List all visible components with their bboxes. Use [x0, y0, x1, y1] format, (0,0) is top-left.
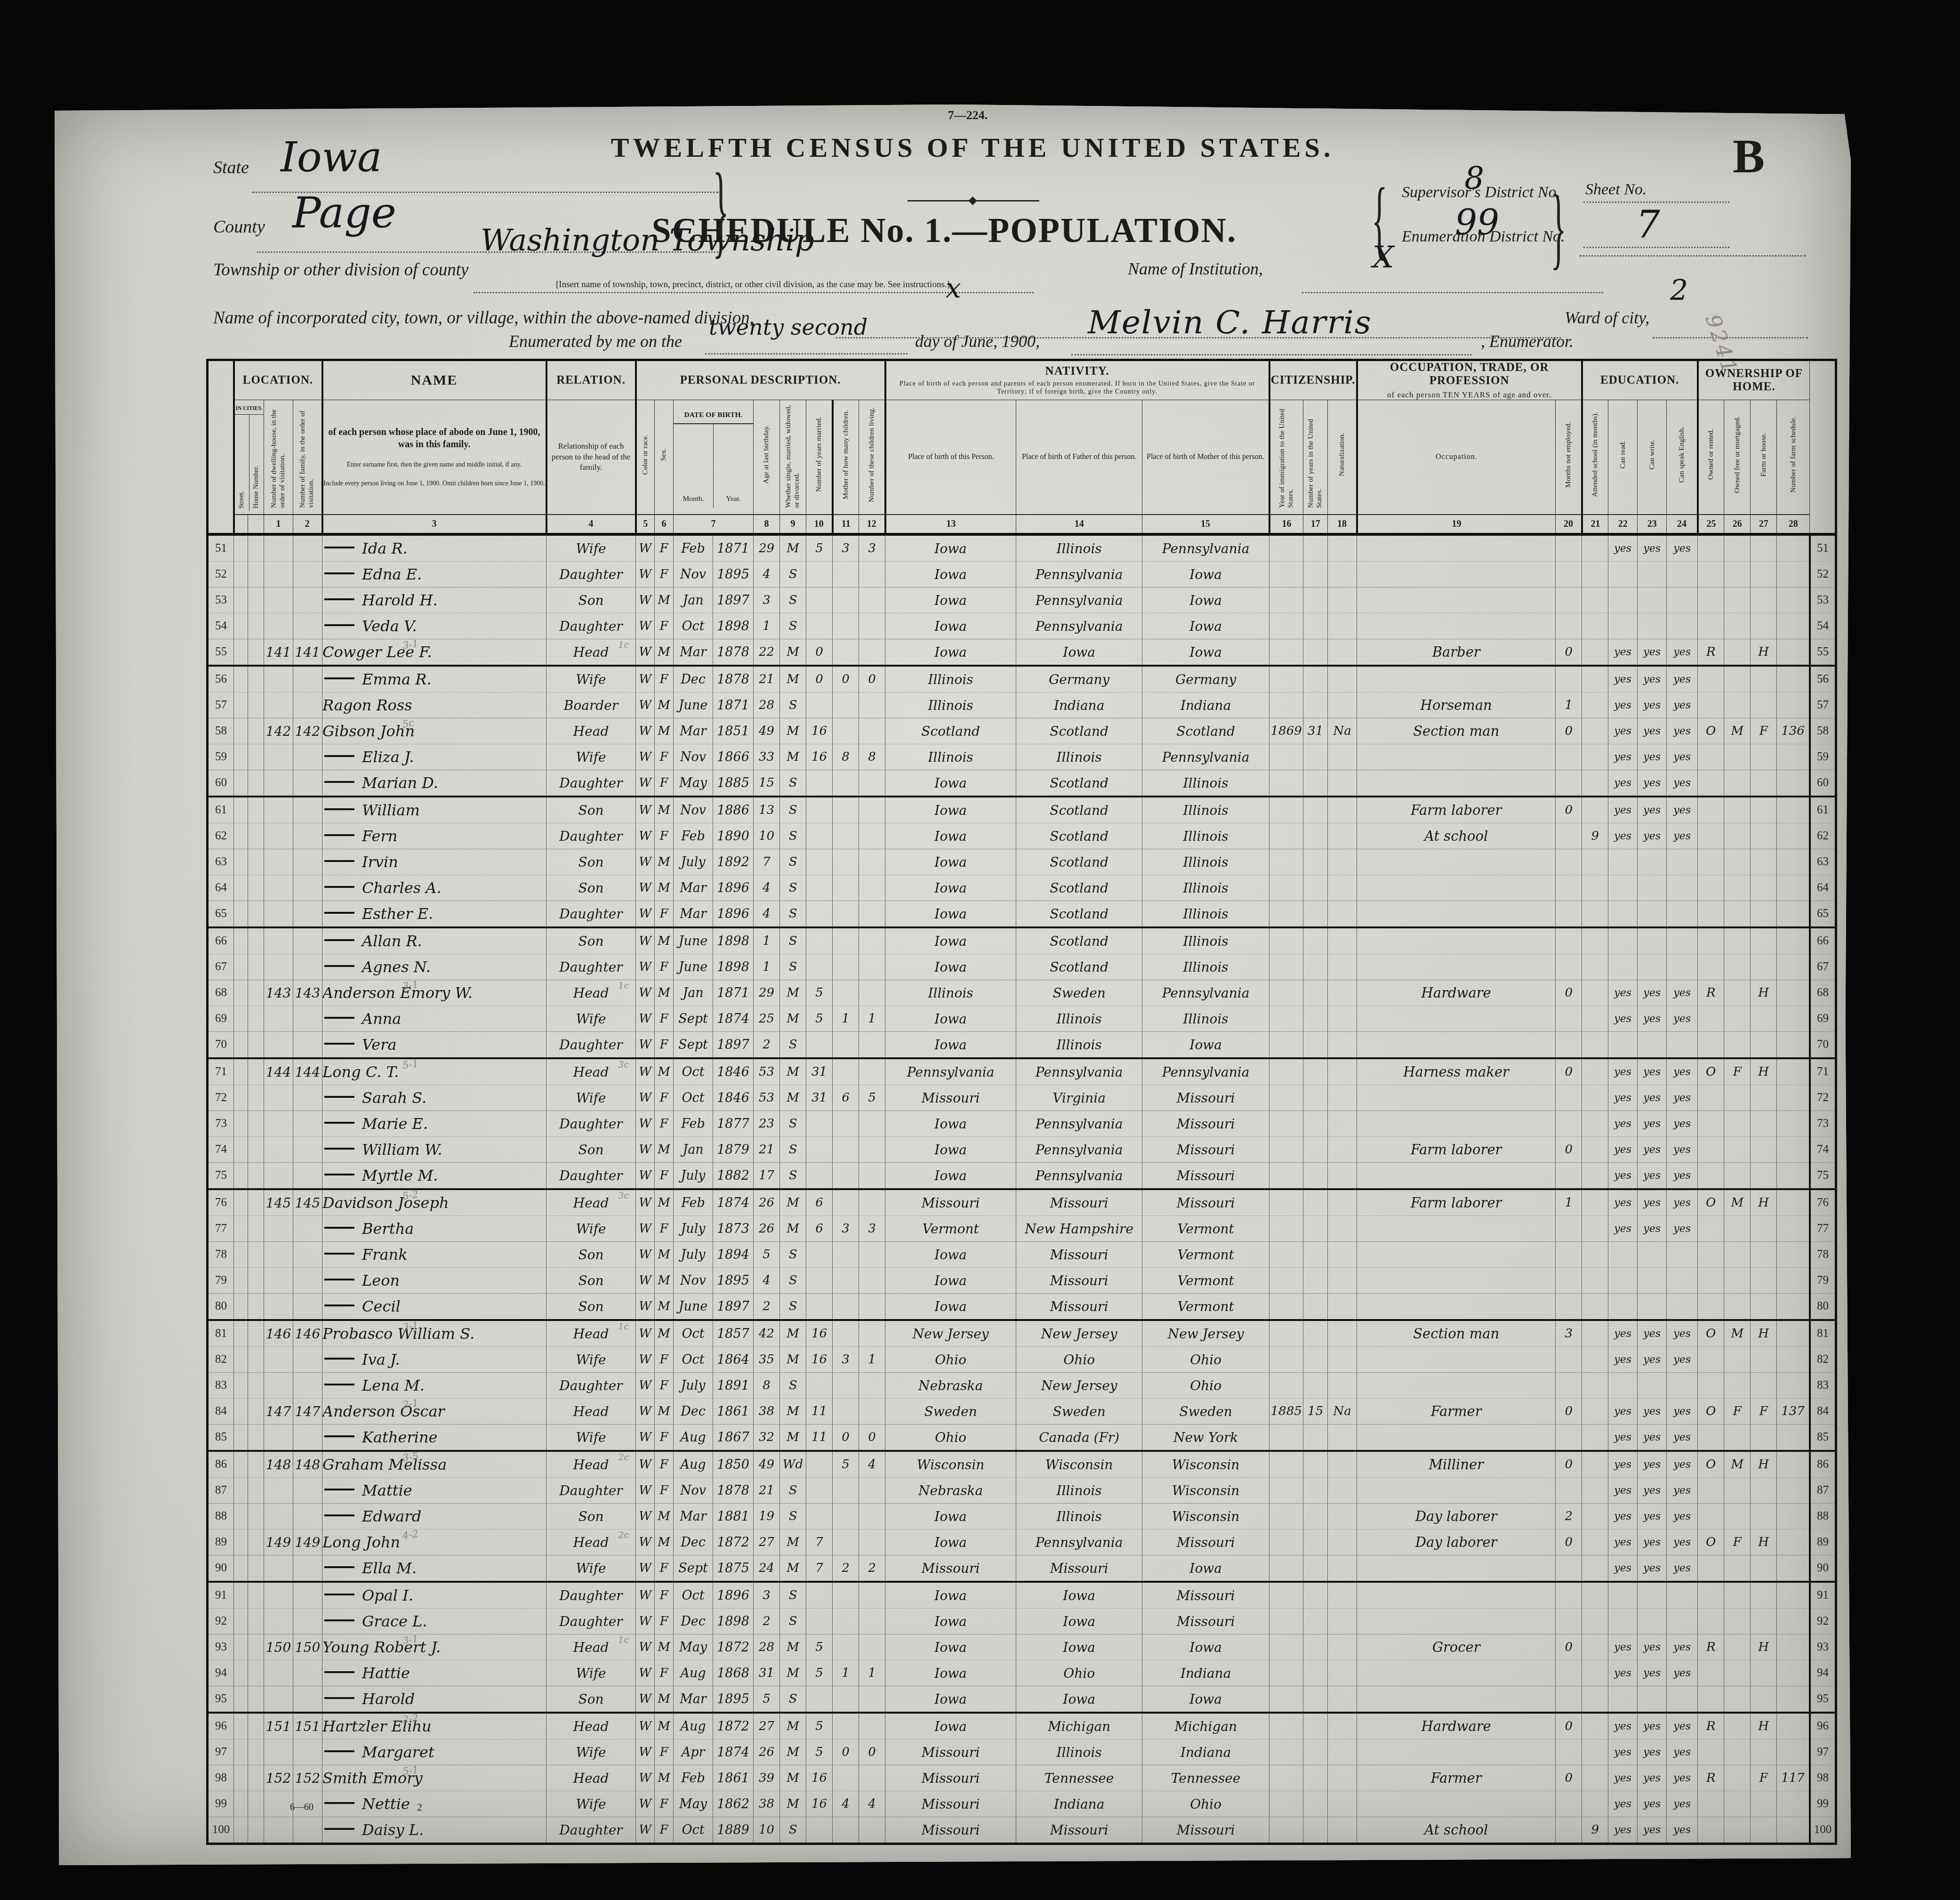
- cell-birth-year: 1898: [713, 954, 754, 980]
- cell-farm-schedule: [1777, 1111, 1810, 1137]
- institution-label: Name of Institution,: [1128, 259, 1263, 279]
- cell-mother-birthplace: Vermont: [1142, 1216, 1269, 1242]
- cell-family-number: [293, 1373, 322, 1399]
- cell-birthplace: Missouri: [885, 1817, 1016, 1844]
- cell-years-in-us: [1303, 613, 1328, 639]
- cell-relation: Daughter: [546, 770, 636, 797]
- cell-age: 19: [754, 1504, 780, 1530]
- cell-owned-rented: O: [1698, 1399, 1724, 1425]
- table-row: 961511512-2Hartzler ElihuHeadWMAug187227…: [208, 1713, 1836, 1739]
- cell-owned-rented: [1698, 666, 1724, 692]
- cell-years-in-us: [1303, 1085, 1328, 1111]
- cell-years-in-us: [1303, 1686, 1328, 1713]
- cell-farm-schedule: [1777, 823, 1810, 849]
- ward-value: 2: [1670, 274, 1688, 307]
- header-dwelling: Number of dwelling-house, in the order o…: [264, 400, 293, 515]
- cell-years-in-us: [1303, 1373, 1328, 1399]
- cell-birth-year: 1896: [713, 901, 754, 928]
- ditto-dash: [324, 1514, 354, 1516]
- cell-occupation: [1357, 562, 1556, 588]
- header-children-living: Number of these children living.: [859, 400, 885, 515]
- line-number: 67: [1810, 954, 1836, 980]
- ditto-dash: [324, 939, 354, 941]
- cell-street: [234, 1399, 248, 1425]
- cell-sex: M: [655, 1189, 674, 1216]
- cell-occupation: [1357, 1111, 1556, 1137]
- cell-years-married: 5: [806, 1006, 833, 1032]
- ward-label: Ward of city,: [1565, 308, 1649, 328]
- cell-occupation: Section man: [1357, 718, 1556, 744]
- column-number: 27: [1751, 515, 1777, 534]
- cell-occupation: [1357, 534, 1556, 562]
- cell-free-mortgaged: [1724, 849, 1751, 875]
- cell-birth-year: 1868: [713, 1660, 754, 1686]
- cell-sex: M: [655, 1765, 674, 1791]
- cell-mother-of-children: [833, 1032, 859, 1059]
- cell-immigration-year: [1269, 823, 1303, 849]
- line-number: 63: [1810, 849, 1836, 875]
- cell-relation: Son: [546, 927, 636, 954]
- cell-family-number: [293, 588, 322, 613]
- cell-farm-schedule: [1777, 770, 1810, 797]
- cell-name: Vera: [322, 1032, 546, 1059]
- column-number: 28: [1777, 515, 1810, 534]
- cell-attended-school: [1582, 744, 1608, 770]
- line-number: 53: [208, 588, 234, 613]
- cell-immigration-year: [1269, 1634, 1303, 1660]
- cell-house-number: [248, 1634, 264, 1660]
- cell-street: [234, 1320, 248, 1347]
- line-number: 73: [208, 1111, 234, 1137]
- cell-mother-birthplace: Ohio: [1142, 1373, 1269, 1399]
- line-number: 92: [1810, 1609, 1836, 1634]
- cell-farm-house: [1751, 1137, 1777, 1163]
- cell-months-not-employed: 1: [1556, 692, 1582, 718]
- cell-dwelling-number: [264, 562, 293, 588]
- cell-age: 4: [754, 1268, 780, 1294]
- cell-name: 5-1Smith Emory: [322, 1765, 546, 1791]
- cell-speaks-english: [1667, 1268, 1698, 1294]
- cell-age: 28: [754, 692, 780, 718]
- cell-color-race: W: [636, 927, 655, 954]
- cell-farm-house: [1751, 1268, 1777, 1294]
- line-number: 74: [1810, 1137, 1836, 1163]
- cell-immigration-year: [1269, 1425, 1303, 1451]
- cell-birth-month: Jan: [674, 588, 713, 613]
- cell-owned-rented: [1698, 1085, 1724, 1111]
- cell-sex: F: [655, 1660, 674, 1686]
- cell-speaks-english: [1667, 849, 1698, 875]
- cell-years-married: [806, 1242, 833, 1268]
- cell-can-read: [1608, 875, 1638, 901]
- cell-years-in-us: [1303, 562, 1328, 588]
- column-number: 21: [1582, 515, 1608, 534]
- cell-birth-year: 1850: [713, 1451, 754, 1478]
- cell-years-in-us: [1303, 588, 1328, 613]
- cell-street: [234, 1660, 248, 1686]
- cell-can-write: yes: [1638, 1320, 1667, 1347]
- cell-dwelling-number: [264, 823, 293, 849]
- cell-color-race: W: [636, 639, 655, 666]
- line-number: 85: [1810, 1425, 1836, 1451]
- cell-relation: Son: [546, 849, 636, 875]
- line-number: 80: [1810, 1294, 1836, 1320]
- line-number: 64: [1810, 875, 1836, 901]
- group-citizenship: CITIZENSHIP.: [1269, 360, 1357, 400]
- cell-birthplace: Missouri: [885, 1739, 1016, 1765]
- cell-color-race: W: [636, 1163, 655, 1190]
- table-row: 73Marie E.DaughterWFFeb187723SIowaPennsy…: [208, 1111, 1836, 1137]
- cell-mother-of-children: [833, 1320, 859, 1347]
- cell-farm-house: H: [1751, 1713, 1777, 1739]
- cell-months-not-employed: [1556, 534, 1582, 562]
- cell-marital-status: M: [780, 1058, 806, 1085]
- cell-owned-rented: R: [1698, 980, 1724, 1006]
- cell-dwelling-number: 144: [264, 1058, 293, 1085]
- line-number: 91: [208, 1582, 234, 1609]
- cell-speaks-english: [1667, 875, 1698, 901]
- cell-free-mortgaged: [1724, 770, 1751, 797]
- cell-farm-schedule: [1777, 927, 1810, 954]
- cell-farm-house: [1751, 1504, 1777, 1530]
- cell-speaks-english: yes: [1667, 1163, 1698, 1190]
- cell-street: [234, 1791, 248, 1817]
- cell-birth-year: 1857: [713, 1320, 754, 1347]
- ditto-dash: [324, 912, 354, 914]
- cell-sex: F: [655, 770, 674, 797]
- cell-owned-rented: R: [1698, 639, 1724, 666]
- cell-owned-rented: [1698, 1609, 1724, 1634]
- cell-age: 42: [754, 1320, 780, 1347]
- cell-dwelling-number: 142: [264, 718, 293, 744]
- cell-speaks-english: yes: [1667, 1399, 1698, 1425]
- cell-dwelling-number: [264, 666, 293, 692]
- cell-name: Iva J.: [322, 1347, 546, 1373]
- cell-father-birthplace: Missouri: [1016, 1189, 1142, 1216]
- cell-can-write: yes: [1638, 1058, 1667, 1085]
- cell-years-in-us: 15: [1303, 1399, 1328, 1425]
- cell-family-number: 151: [293, 1713, 322, 1739]
- cell-color-race: W: [636, 1765, 655, 1791]
- cell-color-race: W: [636, 1582, 655, 1609]
- cell-naturalization: [1328, 1373, 1357, 1399]
- cell-free-mortgaged: [1724, 534, 1751, 562]
- cell-mother-of-children: [833, 1268, 859, 1294]
- cell-years-married: [806, 613, 833, 639]
- cell-house-number: [248, 744, 264, 770]
- cell-children-living: [859, 901, 885, 928]
- cell-color-race: W: [636, 1111, 655, 1137]
- cell-occupation: [1357, 770, 1556, 797]
- cell-children-living: [859, 1320, 885, 1347]
- cell-sex: M: [655, 1268, 674, 1294]
- cell-family-number: [293, 1163, 322, 1190]
- cell-years-married: [806, 1137, 833, 1163]
- cell-can-write: yes: [1638, 639, 1667, 666]
- line-number: 59: [208, 744, 234, 770]
- cell-years-married: 5: [806, 980, 833, 1006]
- line-number: 55: [208, 639, 234, 666]
- line-number: 54: [208, 613, 234, 639]
- cell-name: Katherine: [322, 1425, 546, 1451]
- cell-months-not-employed: [1556, 1660, 1582, 1686]
- cell-street: [234, 1425, 248, 1451]
- cell-speaks-english: yes: [1667, 1189, 1698, 1216]
- cell-months-not-employed: [1556, 1006, 1582, 1032]
- cell-naturalization: [1328, 1791, 1357, 1817]
- cell-years-married: 11: [806, 1399, 833, 1425]
- cell-color-race: W: [636, 1294, 655, 1320]
- cell-street: [234, 823, 248, 849]
- cell-father-birthplace: Ohio: [1016, 1347, 1142, 1373]
- cell-occupation: Horseman: [1357, 692, 1556, 718]
- cell-marital-status: S: [780, 770, 806, 797]
- cell-birthplace: Iowa: [885, 1686, 1016, 1713]
- cell-owned-rented: [1698, 1425, 1724, 1451]
- cell-street: [234, 1555, 248, 1582]
- cell-name: Marie E.: [322, 1111, 546, 1137]
- cell-age: 26: [754, 1189, 780, 1216]
- cell-years-in-us: [1303, 1425, 1328, 1451]
- cell-dwelling-number: [264, 875, 293, 901]
- cell-mother-of-children: [833, 1058, 859, 1085]
- cell-children-living: 1: [859, 1347, 885, 1373]
- line-number: 97: [208, 1739, 234, 1765]
- cell-relation: Head1c: [546, 1320, 636, 1347]
- cell-years-in-us: [1303, 1478, 1328, 1504]
- cell-can-write: [1638, 588, 1667, 613]
- cell-dwelling-number: 149: [264, 1530, 293, 1555]
- cell-house-number: [248, 1137, 264, 1163]
- cell-birth-year: 1896: [713, 1582, 754, 1609]
- cell-relation: Head2c: [546, 1451, 636, 1478]
- cell-years-married: 7: [806, 1555, 833, 1582]
- cell-years-married: [806, 927, 833, 954]
- cell-months-not-employed: [1556, 1242, 1582, 1268]
- cell-sex: F: [655, 823, 674, 849]
- cell-house-number: [248, 692, 264, 718]
- cell-name: Opal I.: [322, 1582, 546, 1609]
- cell-mother-of-children: [833, 1478, 859, 1504]
- cell-dwelling-number: [264, 1111, 293, 1137]
- cell-mother-of-children: [833, 1504, 859, 1530]
- cell-birthplace: Iowa: [885, 613, 1016, 639]
- cell-attended-school: [1582, 1268, 1608, 1294]
- cell-dwelling-number: [264, 1555, 293, 1582]
- line-number: 96: [208, 1713, 234, 1739]
- cell-owned-rented: [1698, 1660, 1724, 1686]
- cell-name: Marian D.: [322, 770, 546, 797]
- cell-years-in-us: [1303, 1504, 1328, 1530]
- cell-farm-schedule: [1777, 1216, 1810, 1242]
- cell-occupation: [1357, 1686, 1556, 1713]
- cell-can-write: yes: [1638, 1791, 1667, 1817]
- group-location: LOCATION.: [234, 360, 322, 400]
- cell-dwelling-number: [264, 1085, 293, 1111]
- cell-free-mortgaged: [1724, 980, 1751, 1006]
- cell-months-not-employed: [1556, 1085, 1582, 1111]
- cell-color-race: W: [636, 875, 655, 901]
- cell-years-in-us: [1303, 875, 1328, 901]
- cell-birth-year: 1885: [713, 770, 754, 797]
- cell-dwelling-number: [264, 1294, 293, 1320]
- line-number: 79: [208, 1268, 234, 1294]
- cell-can-read: yes: [1608, 1713, 1638, 1739]
- cell-birth-month: Nov: [674, 562, 713, 588]
- cell-marital-status: S: [780, 1137, 806, 1163]
- table-row: 72Sarah S.WifeWFOct184653M3165MissouriVi…: [208, 1085, 1836, 1111]
- cell-name: 3-1Anderson Emory W.: [322, 980, 546, 1006]
- cell-children-living: 4: [859, 1451, 885, 1478]
- cell-farm-house: [1751, 1425, 1777, 1451]
- column-number: 13: [885, 515, 1016, 534]
- cell-color-race: W: [636, 954, 655, 980]
- cell-free-mortgaged: [1724, 1347, 1751, 1373]
- cell-farm-house: F: [1751, 1399, 1777, 1425]
- cell-house-number: [248, 1294, 264, 1320]
- table-row: 79LeonSonWMNov18954SIowaMissouriVermont7…: [208, 1268, 1836, 1294]
- cell-street: [234, 1268, 248, 1294]
- line-number: 75: [208, 1163, 234, 1190]
- cell-occupation: [1357, 666, 1556, 692]
- cell-naturalization: [1328, 744, 1357, 770]
- cell-street: [234, 1111, 248, 1137]
- cell-birth-month: Mar: [674, 901, 713, 928]
- line-number: 90: [208, 1555, 234, 1582]
- cell-name: William W.: [322, 1137, 546, 1163]
- cell-naturalization: [1328, 613, 1357, 639]
- cell-mother-birthplace: Ohio: [1142, 1791, 1269, 1817]
- cell-street: [234, 1504, 248, 1530]
- cell-years-in-us: [1303, 1268, 1328, 1294]
- ornament-divider: [908, 200, 1039, 201]
- cell-age: 13: [754, 797, 780, 823]
- cell-can-read: yes: [1608, 1765, 1638, 1791]
- cell-attended-school: [1582, 1163, 1608, 1190]
- cell-sex: M: [655, 849, 674, 875]
- cell-years-married: [806, 1504, 833, 1530]
- cell-attended-school: [1582, 875, 1608, 901]
- cell-father-birthplace: Pennsylvania: [1016, 613, 1142, 639]
- cell-street: [234, 1242, 248, 1268]
- district-brace-close: }: [1550, 176, 1566, 282]
- cell-speaks-english: yes: [1667, 1216, 1698, 1242]
- cell-occupation: Farm laborer: [1357, 797, 1556, 823]
- cell-immigration-year: [1269, 1765, 1303, 1791]
- cell-immigration-year: [1269, 1111, 1303, 1137]
- cell-name: William: [322, 797, 546, 823]
- cell-birthplace: Iowa: [885, 1137, 1016, 1163]
- cell-father-birthplace: Iowa: [1016, 1609, 1142, 1634]
- cell-mother-birthplace: Germany: [1142, 666, 1269, 692]
- cell-dwelling-number: [264, 1268, 293, 1294]
- table-row: 931501503-1Young Robert J.Head1cWMMay187…: [208, 1634, 1836, 1660]
- cell-farm-schedule: [1777, 588, 1810, 613]
- cell-farm-house: [1751, 1216, 1777, 1242]
- cell-farm-house: H: [1751, 1189, 1777, 1216]
- table-row: 861481483-5Graham MelissaHead2cWFAug1850…: [208, 1451, 1836, 1478]
- cell-can-read: yes: [1608, 1660, 1638, 1686]
- cell-birthplace: Iowa: [885, 1032, 1016, 1059]
- cell-birth-year: 1897: [713, 1032, 754, 1059]
- cell-mother-birthplace: Illinois: [1142, 823, 1269, 849]
- cell-years-in-us: [1303, 666, 1328, 692]
- cell-mother-birthplace: Iowa: [1142, 613, 1269, 639]
- cell-free-mortgaged: [1724, 1111, 1751, 1137]
- cell-birth-month: Nov: [674, 797, 713, 823]
- cell-street: [234, 1216, 248, 1242]
- cell-family-number: [293, 1555, 322, 1582]
- cell-months-not-employed: [1556, 927, 1582, 954]
- cell-age: 4: [754, 901, 780, 928]
- cell-dwelling-number: [264, 849, 293, 875]
- cell-attended-school: [1582, 639, 1608, 666]
- cell-speaks-english: yes: [1667, 1555, 1698, 1582]
- cell-occupation: [1357, 1268, 1556, 1294]
- cell-street: [234, 1294, 248, 1320]
- cell-can-write: yes: [1638, 1555, 1667, 1582]
- cell-street: [234, 1189, 248, 1216]
- cell-birthplace: Iowa: [885, 875, 1016, 901]
- cell-dwelling-number: 146: [264, 1320, 293, 1347]
- ditto-dash: [324, 572, 354, 574]
- cell-house-number: [248, 1478, 264, 1504]
- line-number: 69: [1810, 1006, 1836, 1032]
- cell-occupation: [1357, 1739, 1556, 1765]
- cell-children-living: [859, 562, 885, 588]
- enumerator-signature: Melvin C. Harris: [1088, 304, 1372, 341]
- cell-family-number: 145: [293, 1189, 322, 1216]
- cell-can-write: yes: [1638, 1399, 1667, 1425]
- cell-farm-schedule: [1777, 1425, 1810, 1451]
- cell-farm-schedule: [1777, 980, 1810, 1006]
- ditto-dash: [324, 1227, 354, 1229]
- cell-speaks-english: yes: [1667, 1817, 1698, 1844]
- line-number: 65: [1810, 901, 1836, 928]
- cell-farm-schedule: [1777, 1582, 1810, 1609]
- cell-family-number: [293, 1504, 322, 1530]
- cell-house-number: [248, 1791, 264, 1817]
- cell-color-race: W: [636, 1451, 655, 1478]
- cell-farm-schedule: [1777, 744, 1810, 770]
- cell-can-read: yes: [1608, 744, 1638, 770]
- cell-naturalization: [1328, 1530, 1357, 1555]
- table-row: 80CecilSonWMJune18972SIowaMissouriVermon…: [208, 1294, 1836, 1320]
- table-row: 811461463-1Probasco William S.Head1cWMOc…: [208, 1320, 1836, 1347]
- cell-age: 10: [754, 1817, 780, 1844]
- cell-free-mortgaged: [1724, 1504, 1751, 1530]
- cell-color-race: W: [636, 1189, 655, 1216]
- cell-attended-school: [1582, 1451, 1608, 1478]
- line-number: 66: [1810, 927, 1836, 954]
- header-age: Age at last birthday.: [754, 400, 780, 515]
- cell-can-write: yes: [1638, 1163, 1667, 1190]
- cell-dwelling-number: [264, 1373, 293, 1399]
- cell-occupation: Harness maker: [1357, 1058, 1556, 1085]
- cell-farm-house: H: [1751, 1320, 1777, 1347]
- cell-marital-status: M: [780, 1791, 806, 1817]
- cell-months-not-employed: [1556, 588, 1582, 613]
- cell-marital-status: M: [780, 666, 806, 692]
- cell-marital-status: M: [780, 744, 806, 770]
- group-nativity: NATIVITY.Place of birth of each person a…: [885, 360, 1269, 400]
- cell-marital-status: S: [780, 954, 806, 980]
- cell-free-mortgaged: [1724, 797, 1751, 823]
- cell-street: [234, 1609, 248, 1634]
- cell-children-living: 1: [859, 1660, 885, 1686]
- cell-immigration-year: [1269, 1268, 1303, 1294]
- cell-age: 31: [754, 1660, 780, 1686]
